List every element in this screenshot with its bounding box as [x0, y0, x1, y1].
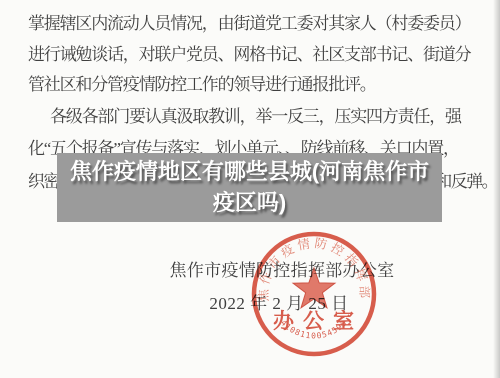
headline-line2: 疫区吗)	[57, 187, 442, 218]
document-line-1: 掌握辖区内流动人员情况，由街道党工委对其家人（村委委员）	[28, 9, 497, 34]
official-seal: 焦作市疫情防控指挥部 办公室 4108110054596	[248, 228, 380, 360]
scanned-document-page: 掌握辖区内流动人员情况，由街道党工委对其家人（村委委员） 进行诫勉谈话，对联户党…	[0, 0, 500, 378]
headline-line1: 焦作疫情地区有哪些县城(河南焦作市	[57, 156, 442, 187]
headline-overlay: 焦作疫情地区有哪些县城(河南焦作市 疫区吗)	[57, 153, 442, 222]
document-line-3: 管社区和分管疫情防控工作的领导进行通报批评。	[28, 70, 497, 95]
document-line-4: 各级各部门要认真汲取教训，举一反三，压实四方责任，强	[28, 102, 497, 127]
document-line-2: 进行诫勉谈话，对联户党员、网格书记、社区支部书记、街道分	[28, 40, 497, 65]
star-icon	[293, 268, 335, 308]
